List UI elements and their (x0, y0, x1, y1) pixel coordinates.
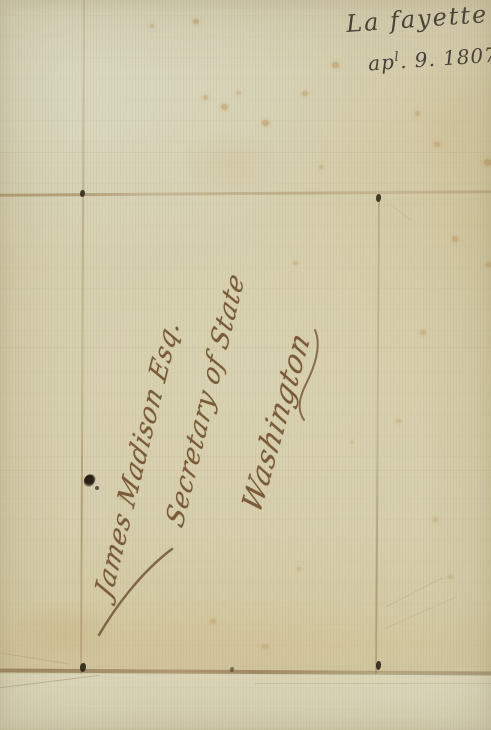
scanned-letter-page: La fayette apl. 9. 1807 James Madison Es… (0, 0, 491, 730)
scan-vignette (0, 0, 491, 730)
